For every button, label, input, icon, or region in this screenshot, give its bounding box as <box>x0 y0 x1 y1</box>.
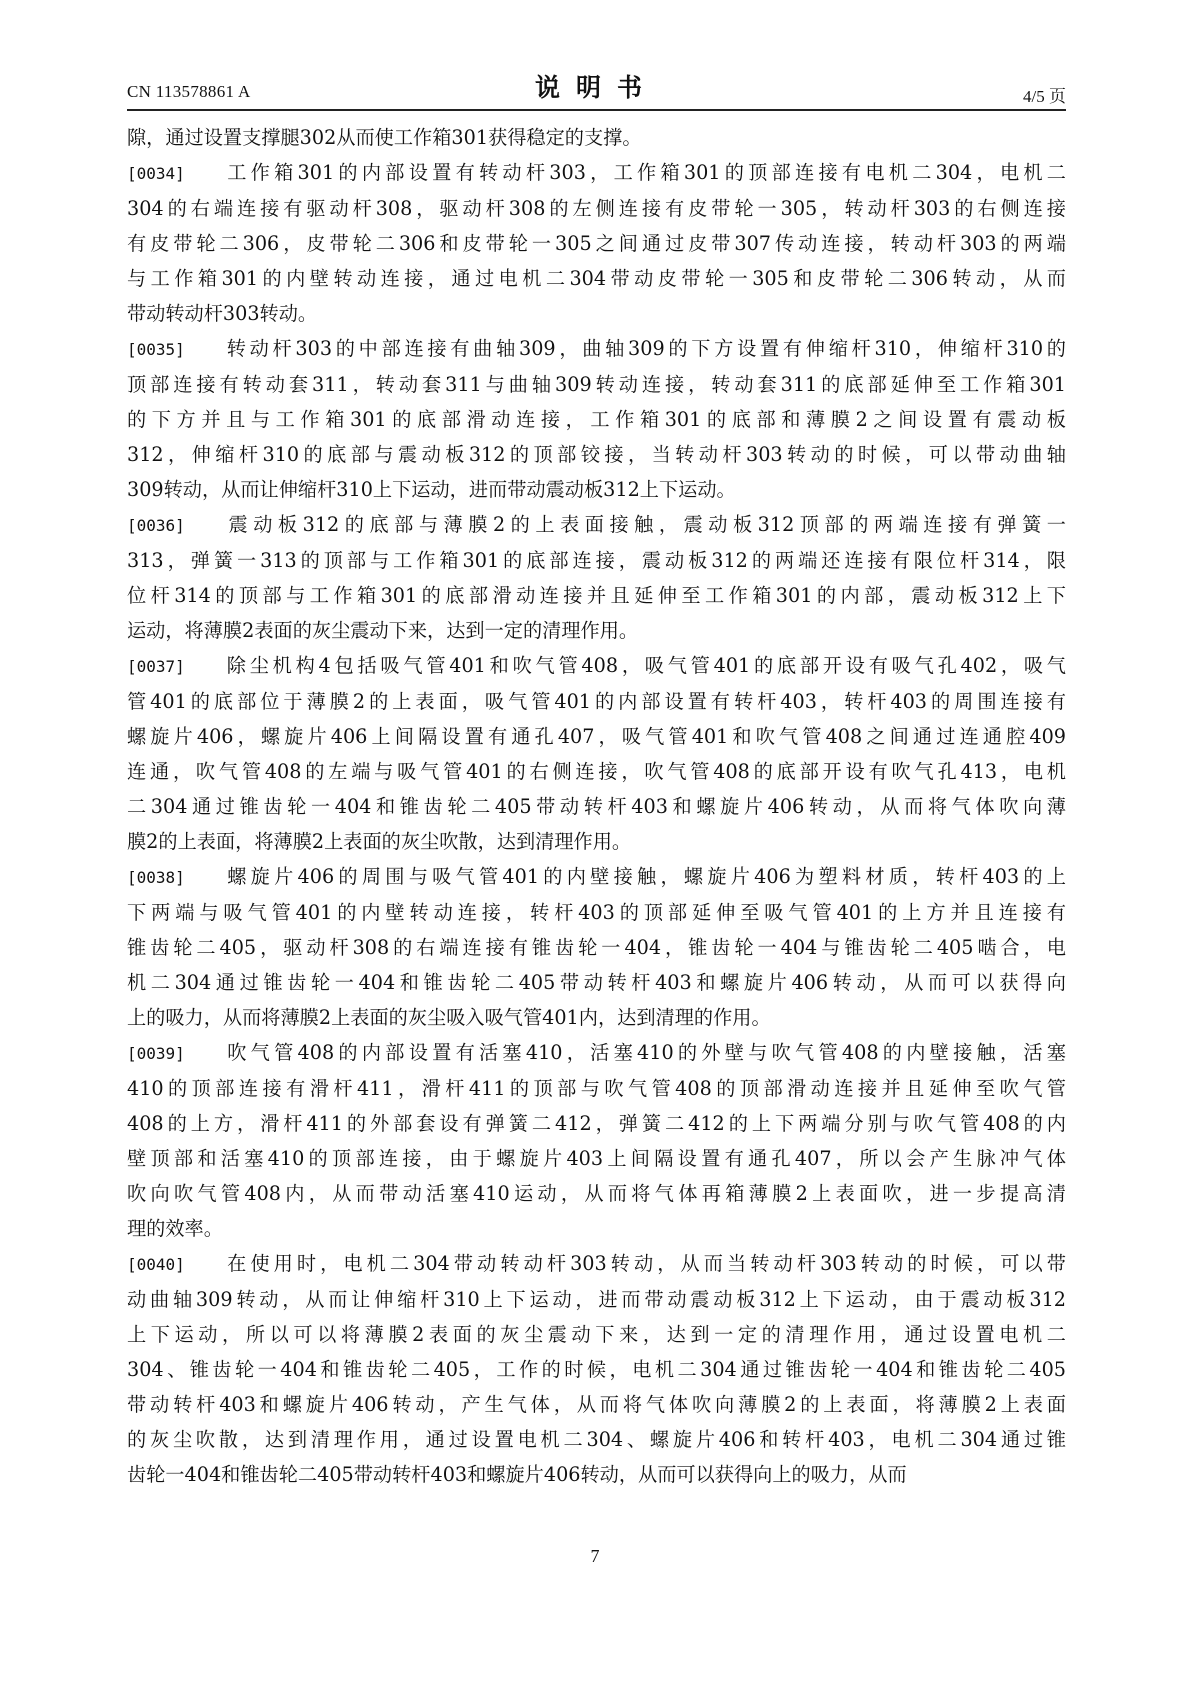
paragraph: [0036]震动板312的底部与薄膜2的上表面接触，震动板312顶部的两端连接有… <box>127 507 1066 648</box>
line-text: 齿轮一404和锥齿轮二405带动转杆403和螺旋片406转动，从而可以获得向上的… <box>127 1463 907 1486</box>
line-text: 工作箱301的内部设置有转动杆303，工作箱301的顶部连接有电机二304，电机… <box>223 161 1066 184</box>
line-text: 震动板312的底部与薄膜2的上表面接触，震动板312顶部的两端连接有弹簧一 <box>223 513 1066 536</box>
text-line: 有皮带轮二306，皮带轮二306和皮带轮一305之间通过皮带307传动连接，转动… <box>127 226 1066 261</box>
document-body: 隙，通过设置支撑腿302从而使工作箱301获得稳定的支撑。[0034]工作箱30… <box>127 120 1066 1492</box>
line-text: 隙，通过设置支撑腿302从而使工作箱301获得稳定的支撑。 <box>127 126 642 149</box>
line-text: 管401的底部位于薄膜2的上表面，吸气管401的内部设置有转杆403，转杆403… <box>127 690 1066 713</box>
text-line: 理的效率。 <box>127 1211 1066 1246</box>
text-line: 顶部连接有转动套311，转动套311与曲轴309转动连接，转动套311的底部延伸… <box>127 367 1066 402</box>
text-line: 管401的底部位于薄膜2的上表面，吸气管401的内部设置有转杆403，转杆403… <box>127 684 1066 719</box>
paragraph-number: [0039] <box>127 1036 221 1071</box>
line-text: 与工作箱301的内壁转动连接，通过电机二304带动皮带轮一305和皮带轮二306… <box>127 267 1066 290</box>
text-line: 的下方并且与工作箱301的底部滑动连接，工作箱301的底部和薄膜2之间设置有震动… <box>127 402 1066 437</box>
text-line: [0034]工作箱301的内部设置有转动杆303，工作箱301的顶部连接有电机二… <box>127 155 1066 191</box>
line-text: 410的顶部连接有滑杆411，滑杆411的顶部与吹气管408的顶部滑动连接并且延… <box>127 1077 1066 1100</box>
line-text: 304的右端连接有驱动杆308，驱动杆308的左侧连接有皮带轮一305，转动杆3… <box>127 197 1066 220</box>
paragraph: [0035]转动杆303的中部连接有曲轴309，曲轴309的下方设置有伸缩杆31… <box>127 331 1066 507</box>
document-title: 说明书 <box>127 68 1066 104</box>
text-line: 312，伸缩杆310的底部与震动板312的顶部铰接，当转动杆303转动的时候，可… <box>127 437 1066 472</box>
line-text: 膜2的上表面，将薄膜2上表面的灰尘吹散，达到清理作用。 <box>127 830 631 853</box>
paragraph-number: [0034] <box>127 156 221 191</box>
text-line: 机二304通过锥齿轮一404和锥齿轮二405带动转杆403和螺旋片406转动，从… <box>127 965 1066 1000</box>
paragraph-number: [0035] <box>127 332 221 367</box>
line-text: 带动转动杆303转动。 <box>127 302 317 325</box>
line-text: 上下运动，所以可以将薄膜2表面的灰尘震动下来，达到一定的清理作用，通过设置电机二 <box>127 1323 1066 1346</box>
text-line: 313，弹簧一313的顶部与工作箱301的底部连接，震动板312的两端还连接有限… <box>127 543 1066 578</box>
line-text: 408的上方，滑杆411的外部套设有弹簧二412，弹簧二412的上下两端分别与吹… <box>127 1112 1066 1135</box>
paragraph-number: [0036] <box>127 508 221 543</box>
text-line: 309转动，从而让伸缩杆310上下运动，进而带动震动板312上下运动。 <box>127 472 1066 507</box>
text-line: 304的右端连接有驱动杆308，驱动杆308的左侧连接有皮带轮一305，转动杆3… <box>127 191 1066 226</box>
text-line: [0038]螺旋片406的周围与吸气管401的内壁接触，螺旋片406为塑料材质，… <box>127 859 1066 895</box>
text-line: [0040]在使用时，电机二304带动转动杆303转动，从而当转动杆303转动的… <box>127 1246 1066 1282</box>
line-text: 下两端与吸气管401的内壁转动连接，转杆403的顶部延伸至吸气管401的上方并且… <box>127 901 1066 924</box>
text-line: 壁顶部和活塞410的顶部连接，由于螺旋片403上间隔设置有通孔407，所以会产生… <box>127 1141 1066 1176</box>
paragraph-number: [0038] <box>127 860 221 895</box>
line-text: 312，伸缩杆310的底部与震动板312的顶部铰接，当转动杆303转动的时候，可… <box>127 443 1066 466</box>
paragraph: [0034]工作箱301的内部设置有转动杆303，工作箱301的顶部连接有电机二… <box>127 155 1066 331</box>
line-text: 动曲轴309转动，从而让伸缩杆310上下运动，进而带动震动板312上下运动，由于… <box>127 1288 1066 1311</box>
text-line: 304、锥齿轮一404和锥齿轮二405，工作的时候，电机二304通过锥齿轮一40… <box>127 1352 1066 1387</box>
line-text: 在使用时，电机二304带动转动杆303转动，从而当转动杆303转动的时候，可以带 <box>223 1252 1066 1275</box>
text-line: 带动转杆403和螺旋片406转动，产生气体，从而将气体吹向薄膜2的上表面，将薄膜… <box>127 1387 1066 1422</box>
line-text: 304、锥齿轮一404和锥齿轮二405，工作的时候，电机二304通过锥齿轮一40… <box>127 1358 1066 1381</box>
text-line: 隙，通过设置支撑腿302从而使工作箱301获得稳定的支撑。 <box>127 120 1066 155</box>
paragraph: 隙，通过设置支撑腿302从而使工作箱301获得稳定的支撑。 <box>127 120 1066 155</box>
line-text: 的灰尘吹散，达到清理作用，通过设置电机二304、螺旋片406和转杆403，电机二… <box>127 1428 1066 1451</box>
text-line: 连通，吹气管408的左端与吸气管401的右侧连接，吹气管408的底部开设有吹气孔… <box>127 754 1066 789</box>
line-text: 吹气管408的内部设置有活塞410，活塞410的外壁与吹气管408的内壁接触，活… <box>223 1041 1066 1064</box>
paragraph-number: [0040] <box>127 1247 221 1282</box>
line-text: 313，弹簧一313的顶部与工作箱301的底部连接，震动板312的两端还连接有限… <box>127 549 1066 572</box>
line-text: 309转动，从而让伸缩杆310上下运动，进而带动震动板312上下运动。 <box>127 478 736 501</box>
text-line: [0039]吹气管408的内部设置有活塞410，活塞410的外壁与吹气管408的… <box>127 1035 1066 1071</box>
line-text: 二304通过锥齿轮一404和锥齿轮二405带动转杆403和螺旋片406转动，从而… <box>127 795 1066 818</box>
text-line: 上下运动，所以可以将薄膜2表面的灰尘震动下来，达到一定的清理作用，通过设置电机二 <box>127 1317 1066 1352</box>
text-line: 齿轮一404和锥齿轮二405带动转杆403和螺旋片406转动，从而可以获得向上的… <box>127 1457 1066 1492</box>
paragraph-number: [0037] <box>127 649 221 684</box>
text-line: [0037]除尘机构4包括吸气管401和吹气管408，吸气管401的底部开设有吸… <box>127 648 1066 684</box>
text-line: 膜2的上表面，将薄膜2上表面的灰尘吹散，达到清理作用。 <box>127 824 1066 859</box>
line-text: 吹向吹气管408内，从而带动活塞410运动，从而将气体再箱薄膜2上表面吹，进一步… <box>127 1182 1066 1205</box>
text-line: 动曲轴309转动，从而让伸缩杆310上下运动，进而带动震动板312上下运动，由于… <box>127 1282 1066 1317</box>
line-text: 位杆314的顶部与工作箱301的底部滑动连接并且延伸至工作箱301的内部，震动板… <box>127 584 1066 607</box>
line-text: 的下方并且与工作箱301的底部滑动连接，工作箱301的底部和薄膜2之间设置有震动… <box>127 408 1066 431</box>
text-line: 与工作箱301的内壁转动连接，通过电机二304带动皮带轮一305和皮带轮二306… <box>127 261 1066 296</box>
line-text: 理的效率。 <box>127 1217 223 1240</box>
text-line: 吹向吹气管408内，从而带动活塞410运动，从而将气体再箱薄膜2上表面吹，进一步… <box>127 1176 1066 1211</box>
text-line: [0035]转动杆303的中部连接有曲轴309，曲轴309的下方设置有伸缩杆31… <box>127 331 1066 367</box>
page-header: CN 113578861 A 说明书 4/5 页 <box>127 64 1066 104</box>
line-text: 顶部连接有转动套311，转动套311与曲轴309转动连接，转动套311的底部延伸… <box>127 373 1066 396</box>
line-text: 上的吸力，从而将薄膜2上表面的灰尘吸入吸气管401内，达到清理的作用。 <box>127 1006 771 1029</box>
line-text: 转动杆303的中部连接有曲轴309，曲轴309的下方设置有伸缩杆310，伸缩杆3… <box>223 337 1066 360</box>
line-text: 带动转杆403和螺旋片406转动，产生气体，从而将气体吹向薄膜2的上表面，将薄膜… <box>127 1393 1066 1416</box>
text-line: 下两端与吸气管401的内壁转动连接，转杆403的顶部延伸至吸气管401的上方并且… <box>127 895 1066 930</box>
text-line: 的灰尘吹散，达到清理作用，通过设置电机二304、螺旋片406和转杆403，电机二… <box>127 1422 1066 1457</box>
text-line: 锥齿轮二405，驱动杆308的右端连接有锥齿轮一404，锥齿轮一404与锥齿轮二… <box>127 930 1066 965</box>
text-line: 运动，将薄膜2表面的灰尘震动下来，达到一定的清理作用。 <box>127 613 1066 648</box>
line-text: 螺旋片406的周围与吸气管401的内壁接触，螺旋片406为塑料材质，转杆403的… <box>223 865 1066 888</box>
line-text: 壁顶部和活塞410的顶部连接，由于螺旋片403上间隔设置有通孔407，所以会产生… <box>127 1147 1066 1170</box>
paragraph: [0040]在使用时，电机二304带动转动杆303转动，从而当转动杆303转动的… <box>127 1246 1066 1492</box>
paragraph: [0039]吹气管408的内部设置有活塞410，活塞410的外壁与吹气管408的… <box>127 1035 1066 1246</box>
text-line: 二304通过锥齿轮一404和锥齿轮二405带动转杆403和螺旋片406转动，从而… <box>127 789 1066 824</box>
line-text: 机二304通过锥齿轮一404和锥齿轮二405带动转杆403和螺旋片406转动，从… <box>127 971 1066 994</box>
line-text: 螺旋片406，螺旋片406上间隔设置有通孔407，吸气管401和吹气管408之间… <box>127 725 1066 748</box>
header-divider <box>127 109 1066 111</box>
text-line: 410的顶部连接有滑杆411，滑杆411的顶部与吹气管408的顶部滑动连接并且延… <box>127 1071 1066 1106</box>
line-text: 运动，将薄膜2表面的灰尘震动下来，达到一定的清理作用。 <box>127 619 638 642</box>
line-text: 锥齿轮二405，驱动杆308的右端连接有锥齿轮一404，锥齿轮一404与锥齿轮二… <box>127 936 1066 959</box>
line-text: 除尘机构4包括吸气管401和吹气管408，吸气管401的底部开设有吸气孔402，… <box>223 654 1066 677</box>
text-line: [0036]震动板312的底部与薄膜2的上表面接触，震动板312顶部的两端连接有… <box>127 507 1066 543</box>
text-line: 带动转动杆303转动。 <box>127 296 1066 331</box>
page-indicator: 4/5 页 <box>1023 82 1066 107</box>
line-text: 连通，吹气管408的左端与吸气管401的右侧连接，吹气管408的底部开设有吹气孔… <box>127 760 1066 783</box>
text-line: 上的吸力，从而将薄膜2上表面的灰尘吸入吸气管401内，达到清理的作用。 <box>127 1000 1066 1035</box>
text-line: 螺旋片406，螺旋片406上间隔设置有通孔407，吸气管401和吹气管408之间… <box>127 719 1066 754</box>
text-line: 408的上方，滑杆411的外部套设有弹簧二412，弹簧二412的上下两端分别与吹… <box>127 1106 1066 1141</box>
paragraph: [0037]除尘机构4包括吸气管401和吹气管408，吸气管401的底部开设有吸… <box>127 648 1066 859</box>
page-number: 7 <box>0 1546 1190 1567</box>
text-line: 位杆314的顶部与工作箱301的底部滑动连接并且延伸至工作箱301的内部，震动板… <box>127 578 1066 613</box>
paragraph: [0038]螺旋片406的周围与吸气管401的内壁接触，螺旋片406为塑料材质，… <box>127 859 1066 1035</box>
line-text: 有皮带轮二306，皮带轮二306和皮带轮一305之间通过皮带307传动连接，转动… <box>127 232 1066 255</box>
